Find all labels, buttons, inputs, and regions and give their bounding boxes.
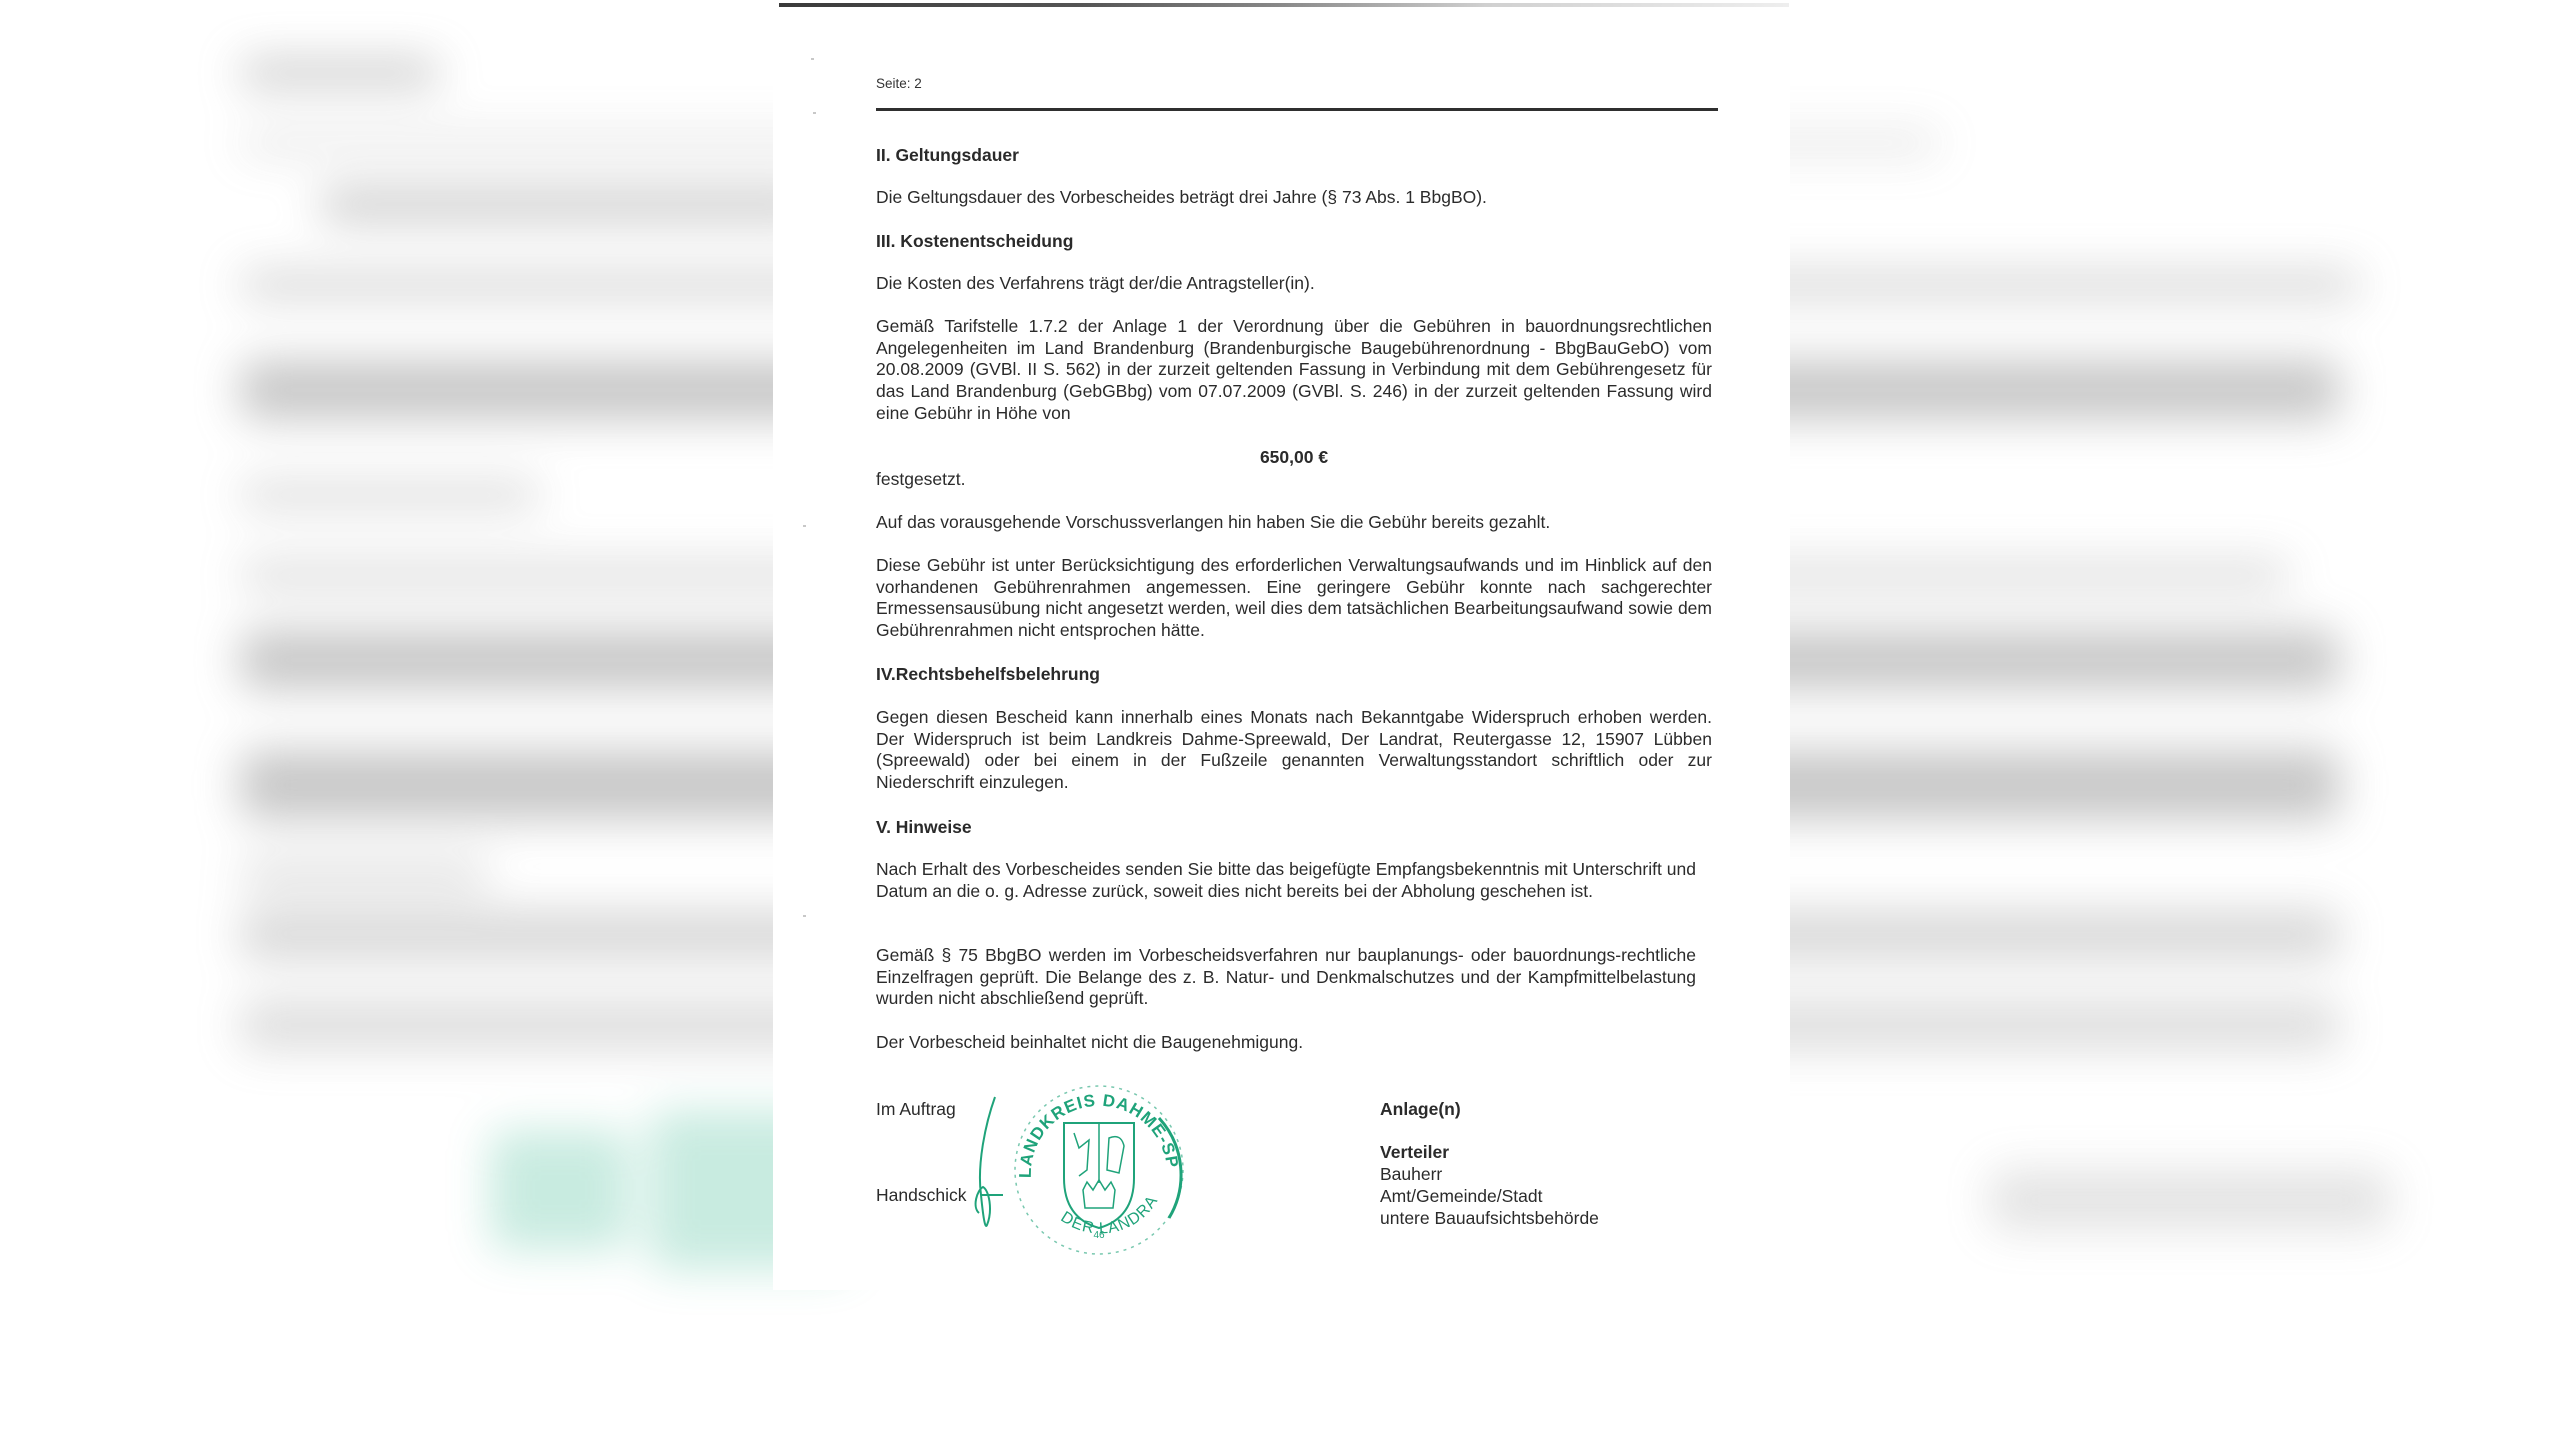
handwritten-signature: [967, 1095, 1007, 1235]
paragraph-keine-baugenehmigung: Der Vorbescheid beinhaltet nicht die Bau…: [876, 1032, 1712, 1054]
scan-speck: [803, 915, 806, 917]
stamp-text-top: LANDKREIS DAHME-SPREEWALD: [1009, 1078, 1182, 1178]
scan-speck: [803, 525, 806, 527]
paragraph-gebuehr-gezahlt: Auf das vorausgehende Vorschussverlangen…: [876, 512, 1712, 534]
distribution-recipient: Bauherr: [1380, 1164, 1599, 1186]
attachments-block: Anlage(n) Verteiler Bauherr Amt/Gemeinde…: [1380, 1099, 1599, 1229]
section-heading-hinweise: V. Hinweise: [876, 817, 972, 838]
paragraph-gebuehr-grundlage: Gemäß Tarifstelle 1.7.2 der Anlage 1 der…: [876, 316, 1712, 425]
document-page: Seite: 2 II. Geltungsdauer Die Geltungsd…: [773, 0, 1790, 1290]
section-heading-rechtsbehelfsbelehrung: IV.Rechtsbehelfsbelehrung: [876, 664, 1100, 685]
attachments-label: Anlage(n): [1380, 1099, 1599, 1121]
signatory-name: Handschick: [876, 1185, 966, 1206]
section-heading-kostenentscheidung: III. Kostenentscheidung: [876, 231, 1073, 252]
distribution-recipient: untere Bauaufsichtsbehörde: [1380, 1208, 1599, 1230]
scan-speck: [811, 58, 814, 60]
distribution-label: Verteiler: [1380, 1142, 1599, 1164]
svg-text:LANDKREIS DAHME-SPREEWALD: LANDKREIS DAHME-SPREEWALD: [1009, 1078, 1182, 1178]
scan-speck: [813, 112, 816, 114]
page-top-edge: [779, 3, 1789, 7]
fee-amount: 650,00 €: [876, 447, 1712, 468]
section-heading-geltungsdauer: II. Geltungsdauer: [876, 145, 1019, 166]
paragraph-festgesetzt: festgesetzt.: [876, 469, 1712, 491]
paragraph-kosten-traeger: Die Kosten des Verfahrens trägt der/die …: [876, 273, 1712, 295]
official-stamp: LANDKREIS DAHME-SPREEWALD DER LANDRAT 46: [1009, 1078, 1189, 1258]
paragraph-geltungsdauer: Die Geltungsdauer des Vorbescheides betr…: [876, 187, 1712, 209]
header-rule: [876, 108, 1718, 111]
distribution-recipient: Amt/Gemeinde/Stadt: [1380, 1186, 1599, 1208]
in-order-of-label: Im Auftrag: [876, 1099, 956, 1120]
stamp-number: 46: [1093, 1230, 1105, 1241]
paragraph-gebuehr-begruendung: Diese Gebühr ist unter Berücksichtigung …: [876, 555, 1712, 642]
paragraph-widerspruch: Gegen diesen Bescheid kann innerhalb ein…: [876, 707, 1712, 794]
page-number: Seite: 2: [876, 76, 922, 91]
paragraph-pruefumfang: Gemäß § 75 BbgBO werden im Vorbescheidsv…: [876, 945, 1696, 1010]
paragraph-empfangsbekenntnis: Nach Erhalt des Vorbescheides senden Sie…: [876, 859, 1696, 902]
